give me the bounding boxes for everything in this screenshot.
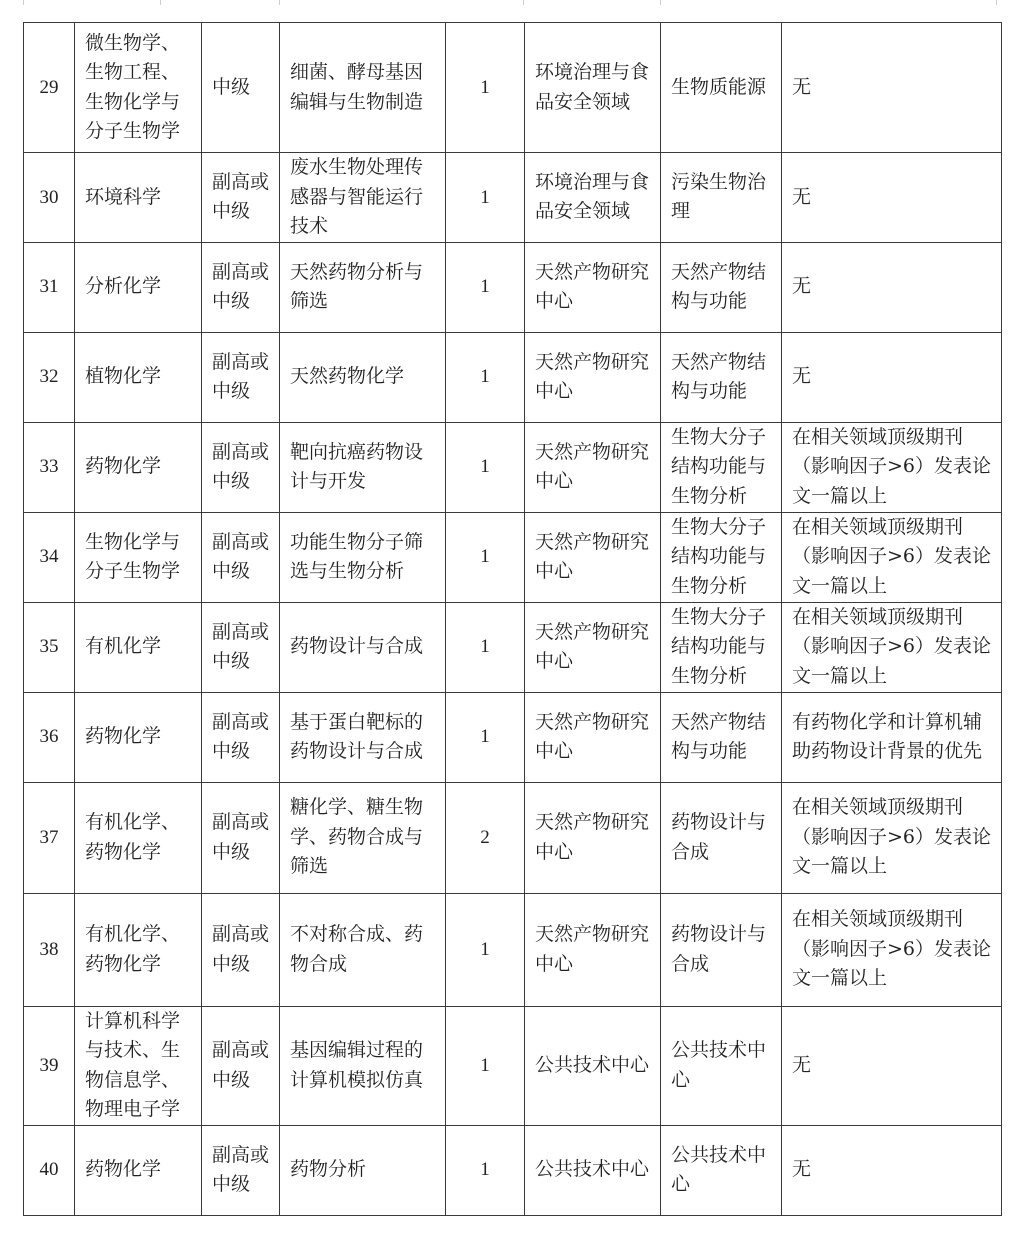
headcount-cell: 1 xyxy=(446,512,525,602)
headcount-cell: 1 xyxy=(446,422,525,512)
title-level-cell: 副高或中级 xyxy=(202,422,280,512)
row-number: 34 xyxy=(24,512,75,602)
requirement-cell: 在相关领域顶级期刊（影响因子>6）发表论文一篇以上 xyxy=(782,893,1002,1006)
table-row: 33 药物化学 副高或中级 靶向抗癌药物设计与开发 1 天然产物研究中心 生物大… xyxy=(24,422,1002,512)
research-group-cell: 生物大分子结构功能与生物分析 xyxy=(661,602,782,692)
center-cell: 天然产物研究中心 xyxy=(525,242,661,332)
major-cell: 药物化学 xyxy=(75,1125,202,1215)
row-number: 37 xyxy=(24,782,75,893)
research-direction-cell: 天然药物化学 xyxy=(280,332,446,422)
requirement-cell: 有药物化学和计算机辅助药物设计背景的优先 xyxy=(782,692,1002,782)
research-group-cell: 生物大分子结构功能与生物分析 xyxy=(661,512,782,602)
title-level-cell: 副高或中级 xyxy=(202,692,280,782)
research-direction-cell: 药物分析 xyxy=(280,1125,446,1215)
table-row: 40 药物化学 副高或中级 药物分析 1 公共技术中心 公共技术中心 无 xyxy=(24,1125,1002,1215)
headcount-cell: 1 xyxy=(446,893,525,1006)
table-row: 34 生物化学与分子生物学 副高或中级 功能生物分子筛选与生物分析 1 天然产物… xyxy=(24,512,1002,602)
research-group-cell: 生物大分子结构功能与生物分析 xyxy=(661,422,782,512)
major-cell: 计算机科学与技术、生物信息学、物理电子学 xyxy=(75,1006,202,1125)
requirement-cell: 在相关领域顶级期刊（影响因子>6）发表论文一篇以上 xyxy=(782,422,1002,512)
title-level-cell: 副高或中级 xyxy=(202,242,280,332)
row-number: 40 xyxy=(24,1125,75,1215)
job-openings-table: 29 微生物学、生物工程、生物化学与分子生物学 中级 细菌、酵母基因编辑与生物制… xyxy=(23,22,1002,1216)
major-cell: 有机化学 xyxy=(75,602,202,692)
title-level-cell: 副高或中级 xyxy=(202,893,280,1006)
headcount-cell: 1 xyxy=(446,1006,525,1125)
research-direction-cell: 功能生物分子筛选与生物分析 xyxy=(280,512,446,602)
research-group-cell: 生物质能源 xyxy=(661,23,782,153)
center-cell: 天然产物研究中心 xyxy=(525,782,661,893)
table-row: 38 有机化学、药物化学 副高或中级 不对称合成、药物合成 1 天然产物研究中心… xyxy=(24,893,1002,1006)
research-group-cell: 污染生物治理 xyxy=(661,153,782,243)
research-direction-cell: 废水生物处理传感器与智能运行技术 xyxy=(280,153,446,243)
center-cell: 天然产物研究中心 xyxy=(525,692,661,782)
research-direction-cell: 天然药物分析与筛选 xyxy=(280,242,446,332)
title-level-cell: 中级 xyxy=(202,23,280,153)
research-group-cell: 天然产物结构与功能 xyxy=(661,242,782,332)
requirement-cell: 无 xyxy=(782,242,1002,332)
row-number: 33 xyxy=(24,422,75,512)
table-row: 31 分析化学 副高或中级 天然药物分析与筛选 1 天然产物研究中心 天然产物结… xyxy=(24,242,1002,332)
major-cell: 有机化学、药物化学 xyxy=(75,893,202,1006)
table-row: 30 环境科学 副高或中级 废水生物处理传感器与智能运行技术 1 环境治理与食品… xyxy=(24,153,1002,243)
center-cell: 公共技术中心 xyxy=(525,1006,661,1125)
major-cell: 微生物学、生物工程、生物化学与分子生物学 xyxy=(75,23,202,153)
requirement-cell: 无 xyxy=(782,1006,1002,1125)
title-level-cell: 副高或中级 xyxy=(202,153,280,243)
center-cell: 环境治理与食品安全领域 xyxy=(525,153,661,243)
research-direction-cell: 药物设计与合成 xyxy=(280,602,446,692)
title-level-cell: 副高或中级 xyxy=(202,332,280,422)
title-level-cell: 副高或中级 xyxy=(202,602,280,692)
previous-page-edge xyxy=(0,0,1018,6)
center-cell: 天然产物研究中心 xyxy=(525,422,661,512)
requirement-cell: 在相关领域顶级期刊（影响因子>6）发表论文一篇以上 xyxy=(782,602,1002,692)
row-number: 32 xyxy=(24,332,75,422)
requirement-cell: 在相关领域顶级期刊（影响因子>6）发表论文一篇以上 xyxy=(782,512,1002,602)
research-group-cell: 药物设计与合成 xyxy=(661,782,782,893)
requirement-cell: 在相关领域顶级期刊（影响因子>6）发表论文一篇以上 xyxy=(782,782,1002,893)
headcount-cell: 1 xyxy=(446,23,525,153)
row-number: 31 xyxy=(24,242,75,332)
headcount-cell: 1 xyxy=(446,692,525,782)
requirement-cell: 无 xyxy=(782,23,1002,153)
research-direction-cell: 基因编辑过程的计算机模拟仿真 xyxy=(280,1006,446,1125)
research-group-cell: 公共技术中心 xyxy=(661,1006,782,1125)
research-direction-cell: 靶向抗癌药物设计与开发 xyxy=(280,422,446,512)
table-row: 39 计算机科学与技术、生物信息学、物理电子学 副高或中级 基因编辑过程的计算机… xyxy=(24,1006,1002,1125)
requirement-cell: 无 xyxy=(782,153,1002,243)
row-number: 38 xyxy=(24,893,75,1006)
research-group-cell: 药物设计与合成 xyxy=(661,893,782,1006)
center-cell: 环境治理与食品安全领域 xyxy=(525,23,661,153)
major-cell: 生物化学与分子生物学 xyxy=(75,512,202,602)
row-number: 39 xyxy=(24,1006,75,1125)
headcount-cell: 1 xyxy=(446,332,525,422)
research-group-cell: 天然产物结构与功能 xyxy=(661,692,782,782)
center-cell: 天然产物研究中心 xyxy=(525,512,661,602)
row-number: 29 xyxy=(24,23,75,153)
table-row: 29 微生物学、生物工程、生物化学与分子生物学 中级 细菌、酵母基因编辑与生物制… xyxy=(24,23,1002,153)
major-cell: 分析化学 xyxy=(75,242,202,332)
title-level-cell: 副高或中级 xyxy=(202,1125,280,1215)
row-number: 36 xyxy=(24,692,75,782)
center-cell: 天然产物研究中心 xyxy=(525,332,661,422)
table-row: 37 有机化学、药物化学 副高或中级 糖化学、糖生物学、药物合成与筛选 2 天然… xyxy=(24,782,1002,893)
research-direction-cell: 基于蛋白靶标的药物设计与合成 xyxy=(280,692,446,782)
major-cell: 环境科学 xyxy=(75,153,202,243)
table-row: 35 有机化学 副高或中级 药物设计与合成 1 天然产物研究中心 生物大分子结构… xyxy=(24,602,1002,692)
headcount-cell: 1 xyxy=(446,1125,525,1215)
major-cell: 植物化学 xyxy=(75,332,202,422)
headcount-cell: 1 xyxy=(446,602,525,692)
center-cell: 天然产物研究中心 xyxy=(525,602,661,692)
research-group-cell: 天然产物结构与功能 xyxy=(661,332,782,422)
requirement-cell: 无 xyxy=(782,1125,1002,1215)
headcount-cell: 2 xyxy=(446,782,525,893)
center-cell: 天然产物研究中心 xyxy=(525,893,661,1006)
research-direction-cell: 细菌、酵母基因编辑与生物制造 xyxy=(280,23,446,153)
headcount-cell: 1 xyxy=(446,153,525,243)
row-number: 35 xyxy=(24,602,75,692)
research-group-cell: 公共技术中心 xyxy=(661,1125,782,1215)
table-row: 32 植物化学 副高或中级 天然药物化学 1 天然产物研究中心 天然产物结构与功… xyxy=(24,332,1002,422)
major-cell: 药物化学 xyxy=(75,422,202,512)
major-cell: 有机化学、药物化学 xyxy=(75,782,202,893)
research-direction-cell: 糖化学、糖生物学、药物合成与筛选 xyxy=(280,782,446,893)
research-direction-cell: 不对称合成、药物合成 xyxy=(280,893,446,1006)
requirement-cell: 无 xyxy=(782,332,1002,422)
title-level-cell: 副高或中级 xyxy=(202,1006,280,1125)
title-level-cell: 副高或中级 xyxy=(202,512,280,602)
row-number: 30 xyxy=(24,153,75,243)
title-level-cell: 副高或中级 xyxy=(202,782,280,893)
major-cell: 药物化学 xyxy=(75,692,202,782)
headcount-cell: 1 xyxy=(446,242,525,332)
table-row: 36 药物化学 副高或中级 基于蛋白靶标的药物设计与合成 1 天然产物研究中心 … xyxy=(24,692,1002,782)
center-cell: 公共技术中心 xyxy=(525,1125,661,1215)
